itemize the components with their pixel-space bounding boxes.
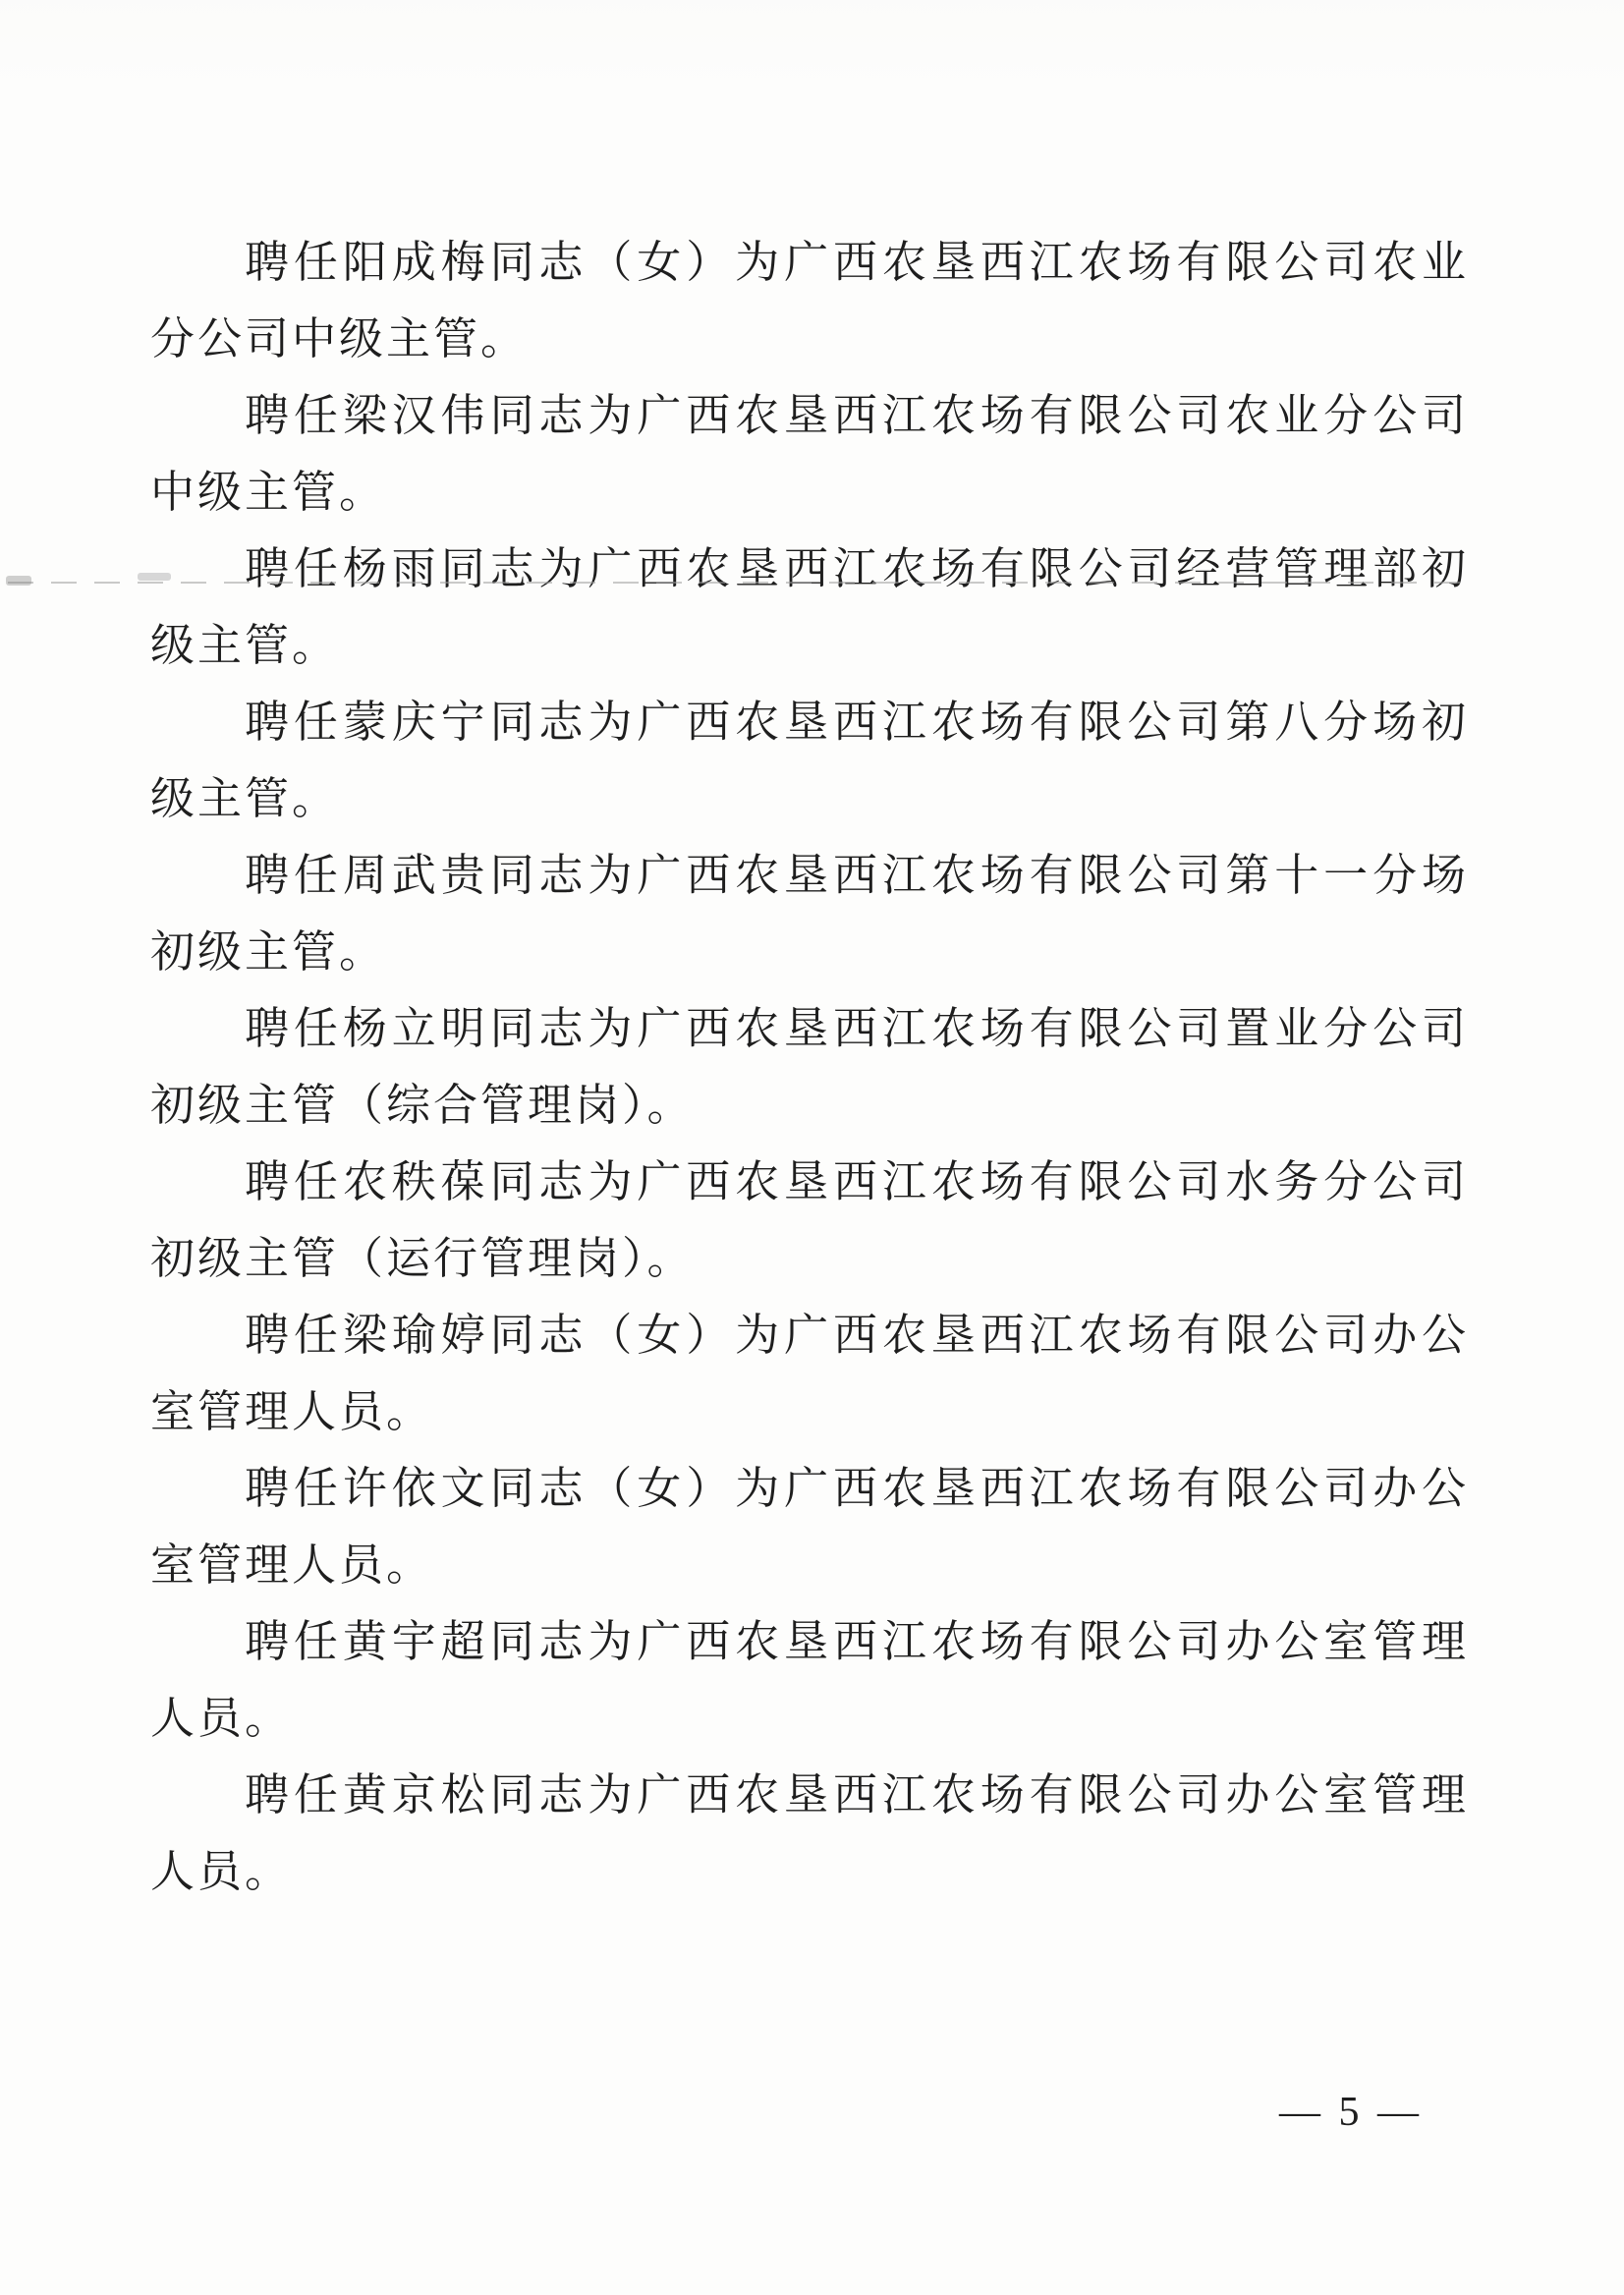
document-body: 聘任阳成梅同志（女）为广西农垦西江农场有限公司农业分公司中级主管。 聘任梁汉伟同… bbox=[150, 224, 1469, 1910]
appointment-paragraph: 聘任阳成梅同志（女）为广西农垦西江农场有限公司农业分公司中级主管。 bbox=[150, 224, 1469, 377]
appointment-paragraph: 聘任黄宇超同志为广西农垦西江农场有限公司办公室管理人员。 bbox=[150, 1603, 1469, 1757]
appointment-paragraph: 聘任杨立明同志为广西农垦西江农场有限公司置业分公司初级主管（综合管理岗）。 bbox=[150, 990, 1469, 1144]
scan-artifact-smudge bbox=[6, 576, 31, 586]
appointment-paragraph: 聘任梁汉伟同志为广西农垦西江农场有限公司农业分公司中级主管。 bbox=[150, 377, 1469, 531]
scanned-page: 聘任阳成梅同志（女）为广西农垦西江农场有限公司农业分公司中级主管。 聘任梁汉伟同… bbox=[0, 0, 1624, 2295]
scan-artifact-line bbox=[8, 582, 1460, 584]
appointment-paragraph: 聘任许依文同志（女）为广西农垦西江农场有限公司办公室管理人员。 bbox=[150, 1450, 1469, 1603]
scan-artifact-smudge bbox=[138, 573, 171, 581]
appointment-paragraph: 聘任蒙庆宁同志为广西农垦西江农场有限公司第八分场初级主管。 bbox=[150, 684, 1469, 837]
appointment-paragraph: 聘任梁瑜婷同志（女）为广西农垦西江农场有限公司办公室管理人员。 bbox=[150, 1297, 1469, 1450]
appointment-paragraph: 聘任周武贵同志为广西农垦西江农场有限公司第十一分场初级主管。 bbox=[150, 837, 1469, 990]
appointment-paragraph: 聘任农秩葆同志为广西农垦西江农场有限公司水务分公司初级主管（运行管理岗）。 bbox=[150, 1144, 1469, 1297]
page-number: — 5 — bbox=[1267, 2089, 1434, 2136]
appointment-paragraph: 聘任杨雨同志为广西农垦西江农场有限公司经营管理部初级主管。 bbox=[150, 531, 1469, 684]
appointment-paragraph: 聘任黄京松同志为广西农垦西江农场有限公司办公室管理人员。 bbox=[150, 1757, 1469, 1910]
